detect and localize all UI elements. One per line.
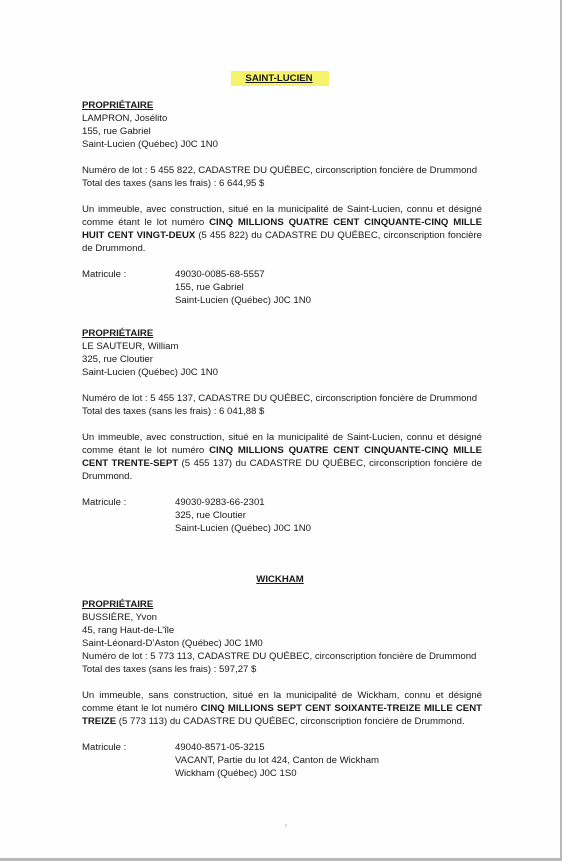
section-title-saint-lucien: SAINT-LUCIEN xyxy=(0,72,560,85)
owner-address-street: 45, rang Haut-de-L’île xyxy=(82,624,482,637)
matricule-number: 49040-8571-05-3215 xyxy=(175,741,482,754)
property-description: Un immeuble, avec construction, situé en… xyxy=(82,203,482,255)
taxes-total-line: Total des taxes (sans les frais) : 597,2… xyxy=(82,663,482,676)
matricule-address-street: 325, rue Cloutier xyxy=(175,509,482,522)
matricule-label: Matricule : xyxy=(82,268,175,307)
scan-speck xyxy=(285,824,287,827)
lot-number-line: Numéro de lot : 5 773 113, CADASTRE DU Q… xyxy=(82,650,482,663)
matricule-row: Matricule : 49030-0085-68-5557 155, rue … xyxy=(82,268,482,307)
owner-name: LE SAUTEUR, William xyxy=(82,340,482,353)
matricule-label: Matricule : xyxy=(82,496,175,535)
matricule-row: Matricule : 49040-8571-05-3215 VACANT, P… xyxy=(82,741,482,780)
matricule-number: 49030-9283-66-2301 xyxy=(175,496,482,509)
property-entry-lampron: PROPRIÉTAIRE LAMPRON, Josélito 155, rue … xyxy=(82,99,482,307)
matricule-address-street: 155, rue Gabriel xyxy=(175,281,482,294)
owner-label: PROPRIÉTAIRE xyxy=(82,327,482,340)
lot-number-line: Numéro de lot : 5 455 822, CADASTRE DU Q… xyxy=(82,164,482,177)
owner-label: PROPRIÉTAIRE xyxy=(82,598,482,611)
owner-address-street: 155, rue Gabriel xyxy=(82,125,482,138)
matricule-label: Matricule : xyxy=(82,741,175,780)
matricule-address-city: Wickham (Québec) J0C 1S0 xyxy=(175,767,482,780)
owner-address-street: 325, rue Cloutier xyxy=(82,353,482,366)
owner-label: PROPRIÉTAIRE xyxy=(82,99,482,112)
property-entry-bussiere: PROPRIÉTAIRE BUSSIÈRE, Yvon 45, rang Hau… xyxy=(82,598,482,780)
owner-address-city: Saint-Léonard-D’Aston (Québec) J0C 1M0 xyxy=(82,637,482,650)
owner-address-city: Saint-Lucien (Québec) J0C 1N0 xyxy=(82,138,482,151)
property-entry-le-sauteur: PROPRIÉTAIRE LE SAUTEUR, William 325, ru… xyxy=(82,327,482,535)
matricule-address-city: Saint-Lucien (Québec) J0C 1N0 xyxy=(175,522,482,535)
taxes-total-line: Total des taxes (sans les frais) : 6 644… xyxy=(82,177,482,190)
matricule-address-city: Saint-Lucien (Québec) J0C 1N0 xyxy=(175,294,482,307)
owner-name: LAMPRON, Josélito xyxy=(82,112,482,125)
matricule-number: 49030-0085-68-5557 xyxy=(175,268,482,281)
taxes-total-line: Total des taxes (sans les frais) : 6 041… xyxy=(82,405,482,418)
property-description: Un immeuble, sans construction, situé en… xyxy=(82,689,482,728)
owner-name: BUSSIÈRE, Yvon xyxy=(82,611,482,624)
matricule-row: Matricule : 49030-9283-66-2301 325, rue … xyxy=(82,496,482,535)
lot-number-line: Numéro de lot : 5 455 137, CADASTRE DU Q… xyxy=(82,392,482,405)
property-description: Un immeuble, avec construction, situé en… xyxy=(82,431,482,483)
owner-address-city: Saint-Lucien (Québec) J0C 1N0 xyxy=(82,366,482,379)
matricule-address-street: VACANT, Partie du lot 424, Canton de Wic… xyxy=(175,754,482,767)
highlighted-title: SAINT-LUCIEN xyxy=(231,71,328,86)
section-title-wickham: WICKHAM xyxy=(0,573,560,586)
document-page: SAINT-LUCIEN PROPRIÉTAIRE LAMPRON, Josél… xyxy=(0,0,562,861)
